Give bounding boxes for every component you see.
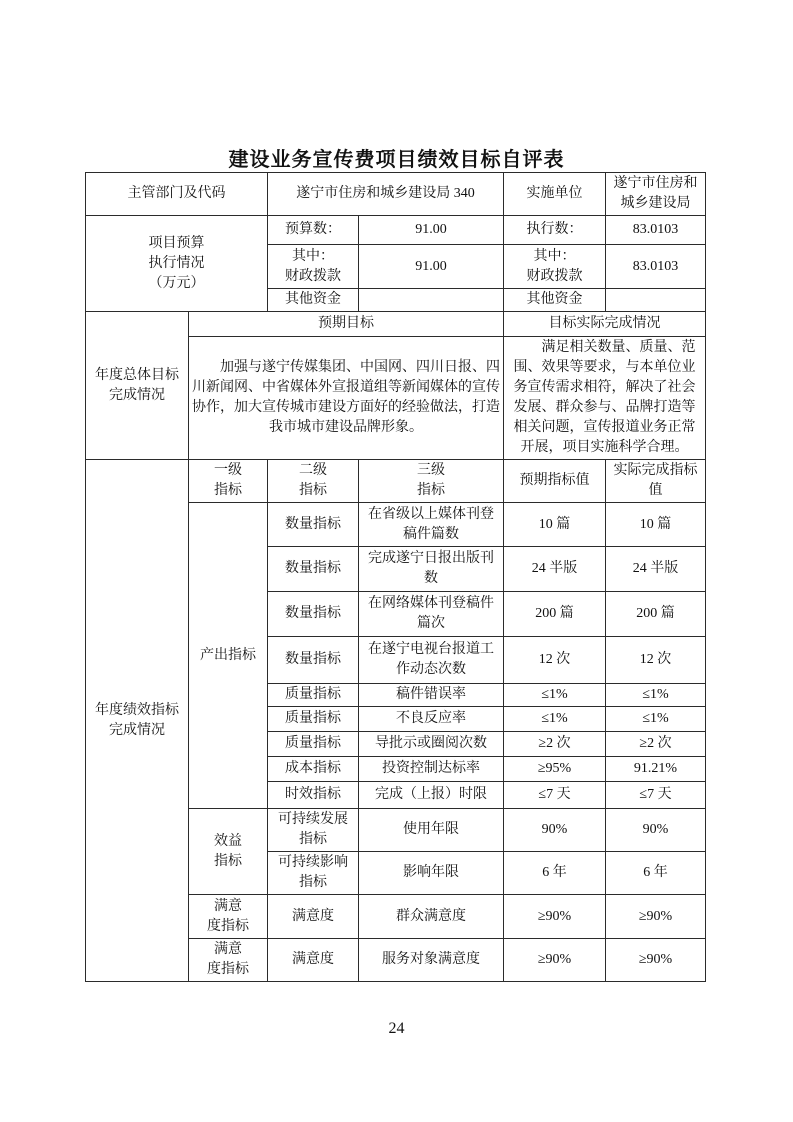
actual-cell: ≥90% xyxy=(606,939,706,982)
expected-cell: ≤7 天 xyxy=(504,782,606,809)
other-funds-exec-value xyxy=(606,289,706,312)
table-row: 年度绩效指标 完成情况 一级 指标 二级 指标 三级 指标 预期指标值 实际完成… xyxy=(86,460,706,503)
level2-cell: 数量指标 xyxy=(268,637,359,684)
actual-cell: ≥2 次 xyxy=(606,732,706,757)
level2-cell: 满意度 xyxy=(268,939,359,982)
level2-cell: 质量指标 xyxy=(268,684,359,707)
actual-cell: ≥90% xyxy=(606,895,706,939)
expected-cell: ≥95% xyxy=(504,757,606,782)
expected-cell: 90% xyxy=(504,809,606,852)
level3-cell: 在省级以上媒体刊登 稿件篇数 xyxy=(359,503,504,547)
exec-label: 执行数： xyxy=(504,216,606,245)
self-evaluation-table: 主管部门及代码 遂宁市住房和城乡建设局 340 实施单位 遂宁市住房和 城乡建设… xyxy=(85,172,706,982)
level2-cell: 成本指标 xyxy=(268,757,359,782)
table-row: 年度总体目标 完成情况 预期目标 目标实际完成情况 xyxy=(86,312,706,337)
level2-cell: 数量指标 xyxy=(268,547,359,592)
annual-goals-label: 年度总体目标 完成情况 xyxy=(86,312,189,460)
actual-cell: ≤1% xyxy=(606,707,706,732)
fiscal-funds-exec-value: 83.0103 xyxy=(606,245,706,289)
exec-value: 83.0103 xyxy=(606,216,706,245)
expected-value-header: 预期指标值 xyxy=(504,460,606,503)
level3-cell: 使用年限 xyxy=(359,809,504,852)
fiscal-funds-value: 91.00 xyxy=(359,245,504,289)
fiscal-funds-label: 其中： 财政拨款 xyxy=(268,245,359,289)
budget-section-label: 项目预算 执行情况 （万元） xyxy=(86,216,268,312)
page-number: 24 xyxy=(0,1020,793,1038)
dept-code-value: 遂宁市住房和城乡建设局 340 xyxy=(268,173,504,216)
level3-cell: 稿件错误率 xyxy=(359,684,504,707)
budget-value: 91.00 xyxy=(359,216,504,245)
level2-cell: 满意度 xyxy=(268,895,359,939)
other-funds-value xyxy=(359,289,504,312)
actual-cell: 200 篇 xyxy=(606,592,706,637)
actual-cell: 12 次 xyxy=(606,637,706,684)
impl-unit-value: 遂宁市住房和 城乡建设局 xyxy=(606,173,706,216)
level3-cell: 投资控制达标率 xyxy=(359,757,504,782)
satisfaction-group-label: 满意 度指标 xyxy=(189,895,268,939)
level3-cell: 完成遂宁日报出版刊 数 xyxy=(359,547,504,592)
other-funds-label: 其他资金 xyxy=(268,289,359,312)
level2-header: 二级 指标 xyxy=(268,460,359,503)
actual-cell: ≤1% xyxy=(606,684,706,707)
other-funds-exec-label: 其他资金 xyxy=(504,289,606,312)
level1-header: 一级 指标 xyxy=(189,460,268,503)
level3-cell: 导批示或圈阅次数 xyxy=(359,732,504,757)
impl-unit-label: 实施单位 xyxy=(504,173,606,216)
level3-cell: 不良反应率 xyxy=(359,707,504,732)
level3-cell: 完成（上报）时限 xyxy=(359,782,504,809)
page-title: 建设业务宣传费项目绩效目标自评表 xyxy=(0,143,793,172)
dept-code-label: 主管部门及代码 xyxy=(86,173,268,216)
actual-goal-text: 满足相关数量、质量、范围、效果等要求，与本单位业务宣传需求相符，解决了社会发展、… xyxy=(504,337,706,460)
level2-cell: 时效指标 xyxy=(268,782,359,809)
expected-goal-header: 预期目标 xyxy=(189,312,504,337)
performance-indicators-label: 年度绩效指标 完成情况 xyxy=(86,460,189,982)
level2-cell: 数量指标 xyxy=(268,592,359,637)
actual-goal-header: 目标实际完成情况 xyxy=(504,312,706,337)
expected-cell: 6 年 xyxy=(504,852,606,895)
benefit-indicators-group-label: 效益 指标 xyxy=(189,809,268,895)
level2-cell: 质量指标 xyxy=(268,707,359,732)
level3-cell: 群众满意度 xyxy=(359,895,504,939)
level3-cell: 在遂宁电视台报道工 作动态次数 xyxy=(359,637,504,684)
level3-header: 三级 指标 xyxy=(359,460,504,503)
actual-cell: ≤7 天 xyxy=(606,782,706,809)
expected-cell: ≤1% xyxy=(504,684,606,707)
table-row: 项目预算 执行情况 （万元） 预算数： 91.00 执行数： 83.0103 xyxy=(86,216,706,245)
level2-cell: 可持续影响 指标 xyxy=(268,852,359,895)
actual-cell: 10 篇 xyxy=(606,503,706,547)
expected-cell: 10 篇 xyxy=(504,503,606,547)
expected-goal-text: 加强与遂宁传媒集团、中国网、四川日报、四川新闻网、中省媒体外宣报道组等新闻媒体的… xyxy=(189,337,504,460)
level2-cell: 可持续发展 指标 xyxy=(268,809,359,852)
output-indicators-group-label: 产出指标 xyxy=(189,503,268,809)
table-row: 主管部门及代码 遂宁市住房和城乡建设局 340 实施单位 遂宁市住房和 城乡建设… xyxy=(86,173,706,216)
budget-label: 预算数： xyxy=(268,216,359,245)
expected-cell: 200 篇 xyxy=(504,592,606,637)
actual-cell: 91.21% xyxy=(606,757,706,782)
actual-cell: 24 半版 xyxy=(606,547,706,592)
satisfaction-group-label: 满意 度指标 xyxy=(189,939,268,982)
level3-cell: 服务对象满意度 xyxy=(359,939,504,982)
level2-cell: 质量指标 xyxy=(268,732,359,757)
expected-cell: 24 半版 xyxy=(504,547,606,592)
expected-cell: ≥90% xyxy=(504,895,606,939)
expected-cell: ≥2 次 xyxy=(504,732,606,757)
expected-cell: 12 次 xyxy=(504,637,606,684)
fiscal-funds-exec-label: 其中： 财政拨款 xyxy=(504,245,606,289)
level2-cell: 数量指标 xyxy=(268,503,359,547)
expected-cell: ≤1% xyxy=(504,707,606,732)
actual-cell: 6 年 xyxy=(606,852,706,895)
actual-value-header: 实际完成指标 值 xyxy=(606,460,706,503)
document-page: 建设业务宣传费项目绩效目标自评表 主管部门及代码 遂宁市住房和城乡建设局 340… xyxy=(0,0,793,1122)
expected-cell: ≥90% xyxy=(504,939,606,982)
actual-cell: 90% xyxy=(606,809,706,852)
level3-cell: 影响年限 xyxy=(359,852,504,895)
level3-cell: 在网络媒体刊登稿件 篇次 xyxy=(359,592,504,637)
